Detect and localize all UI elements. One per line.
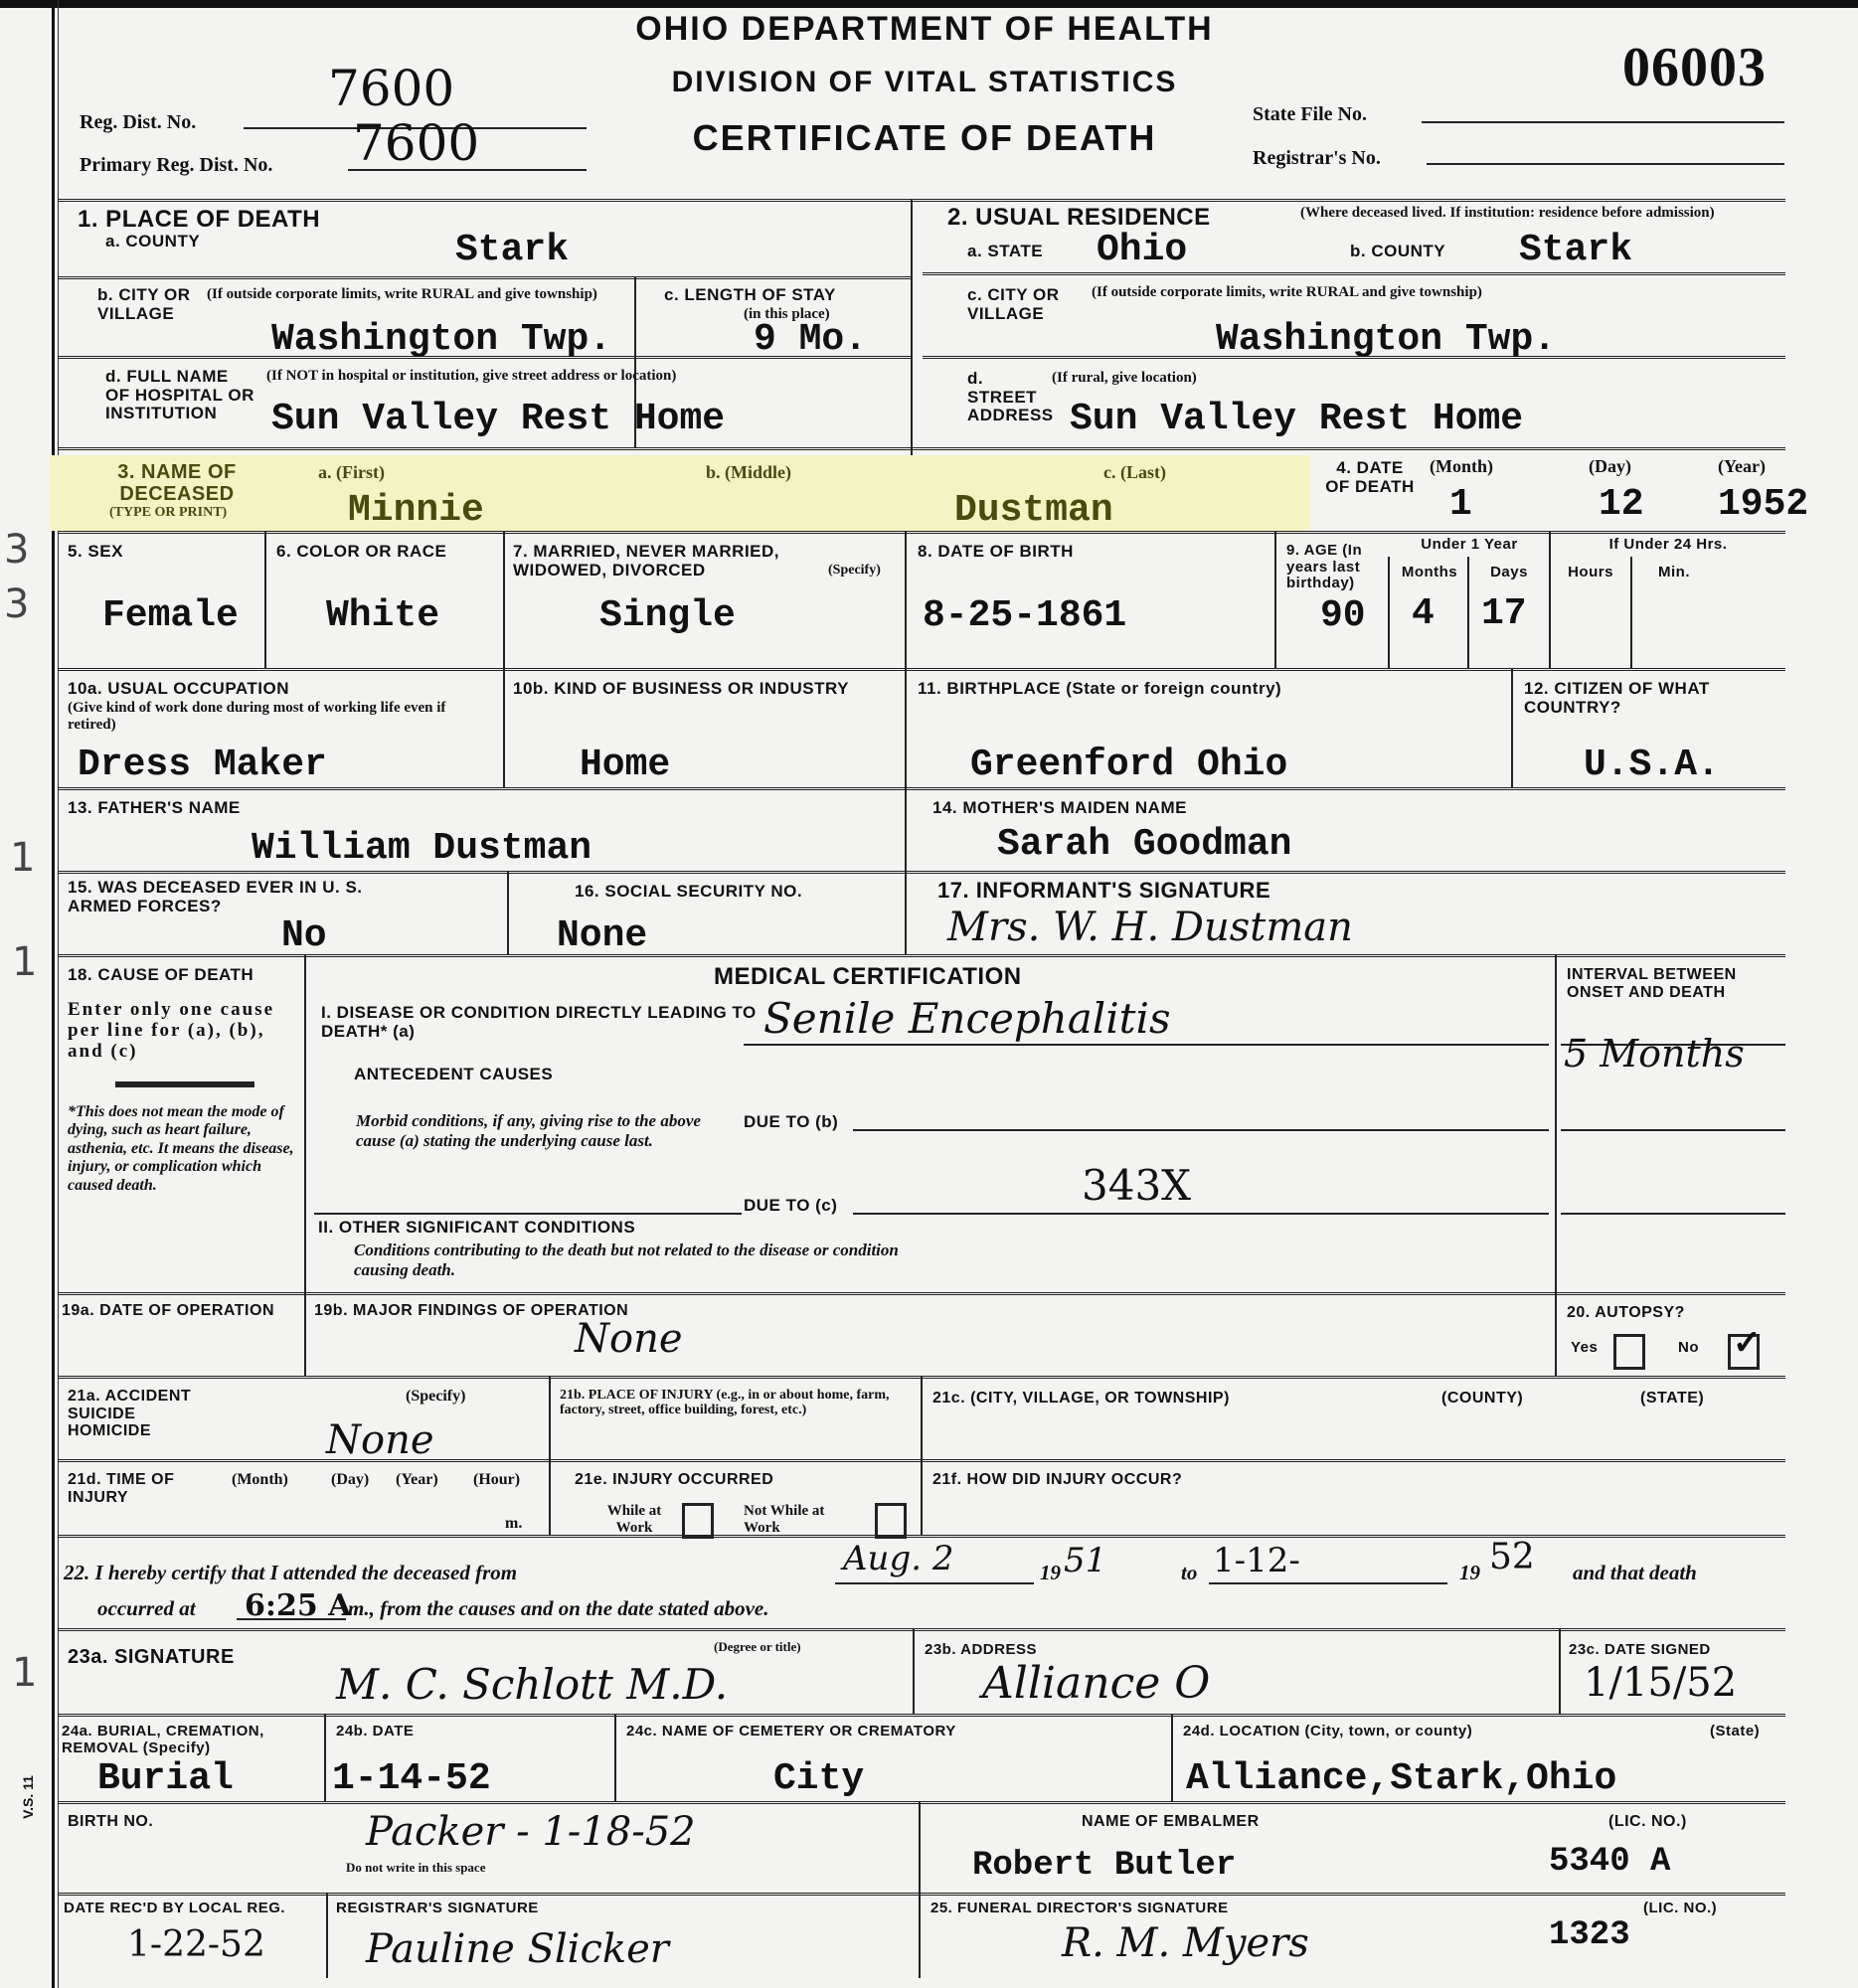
dob-value: 8-25-1861 xyxy=(923,594,1126,637)
sex-value: Female xyxy=(102,594,239,637)
registrars-no-line xyxy=(1427,163,1784,165)
citizenship-value: U.S.A. xyxy=(1584,744,1720,786)
ssn-label: 16. SOCIAL SECURITY NO. xyxy=(575,883,802,902)
registrar-signature-label: REGISTRAR'S SIGNATURE xyxy=(336,1901,539,1917)
date-received-value: 1-22-52 xyxy=(127,1924,265,1965)
how-injury-occurred-label: 21f. HOW DID INJURY OCCUR? xyxy=(932,1471,1182,1489)
burial-state-label: (State) xyxy=(1710,1724,1760,1740)
primary-reg-dist-label: Primary Reg. Dist. No. xyxy=(80,154,272,177)
ssn-value: None xyxy=(557,914,647,957)
medical-certification-title: MEDICAL CERTIFICATION xyxy=(714,964,1022,990)
death-day-value: 12 xyxy=(1599,483,1644,526)
injury-county-label: (COUNTY) xyxy=(1441,1390,1523,1408)
top-border xyxy=(0,0,1858,8)
death-time-value: 6:25 A xyxy=(245,1588,351,1623)
disposition-label: 24a. BURIAL, CREMATION, REMOVAL (Specify… xyxy=(62,1724,320,1756)
header-division: DIVISION OF VITAL STATISTICS xyxy=(477,66,1372,99)
death-day-label: (Day) xyxy=(1589,457,1631,477)
minutes-label: Min. xyxy=(1634,565,1714,581)
embalmer-lic-label: (LIC. NO.) xyxy=(1608,1813,1687,1831)
hospital-note: (If NOT in hospital or institution, give… xyxy=(266,368,903,385)
birth-no-label: BIRTH NO. xyxy=(68,1813,153,1831)
autopsy-yes-label: Yes xyxy=(1571,1340,1598,1357)
attended-to-year: 52 xyxy=(1489,1537,1535,1577)
usual-residence-title: 2. USUAL RESIDENCE xyxy=(947,205,1211,231)
marital-value: Single xyxy=(599,594,736,637)
physician-address-label: 23b. ADDRESS xyxy=(925,1642,1037,1659)
first-name-label: a. (First) xyxy=(318,463,385,483)
death-county-value: Stark xyxy=(455,229,569,271)
hospital-label: d. FULL NAME OF HOSPITAL OR INSTITUTION xyxy=(105,368,254,423)
hospital-value: Sun Valley Rest Home xyxy=(271,398,725,440)
injury-hour-label: (Hour) xyxy=(473,1471,520,1489)
birthplace-value: Greenford Ohio xyxy=(970,744,1287,786)
marital-note: (Specify) xyxy=(828,563,881,578)
birthplace-label: 11. BIRTHPLACE (State or foreign country… xyxy=(918,680,1281,699)
due-to-c-label: DUE TO (c) xyxy=(744,1197,837,1216)
residence-county-label: b. COUNTY xyxy=(1350,243,1445,261)
physician-signature-value: M. C. Schlott M.D. xyxy=(336,1660,728,1709)
injury-specify-label: (Specify) xyxy=(406,1388,465,1406)
business-value: Home xyxy=(580,744,670,786)
attended-from-year: 51 xyxy=(1064,1541,1106,1580)
antecedent-causes-label: ANTECEDENT CAUSES xyxy=(354,1066,553,1084)
reg-dist-label: Reg. Dist. No. xyxy=(80,111,196,134)
funeral-director-label: 25. FUNERAL DIRECTOR'S SIGNATURE xyxy=(930,1901,1229,1917)
injury-month-label: (Month) xyxy=(232,1471,288,1489)
disposition-value: Burial xyxy=(97,1757,234,1800)
cemetery-label: 24c. NAME OF CEMETERY OR CREMATORY xyxy=(626,1724,956,1740)
left-border xyxy=(52,0,55,1988)
injury-day-label: (Day) xyxy=(331,1471,369,1489)
father-name-value: William Dustman xyxy=(252,827,591,870)
armed-forces-value: No xyxy=(281,914,327,957)
primary-reg-dist-value: 7600 xyxy=(353,114,479,172)
registrar-signature-value: Pauline Slicker xyxy=(366,1926,669,1972)
deceased-name-highlight: 3. NAME OF DECEASED (TYPE OR PRINT) a. (… xyxy=(50,455,1310,531)
place-of-death-title: 1. PLACE OF DEATH xyxy=(78,207,320,233)
reg-dist-value: 7600 xyxy=(328,60,454,117)
injury-type-value: None xyxy=(326,1417,434,1463)
occupation-value: Dress Maker xyxy=(78,744,327,786)
to-label: to xyxy=(1181,1561,1197,1584)
death-county-label: a. COUNTY xyxy=(105,233,200,251)
embalmer-lic-value: 5340 A xyxy=(1549,1843,1670,1881)
deceased-name-label: 3. NAME OF DECEASED xyxy=(58,461,296,505)
months-label: Months xyxy=(1392,565,1467,581)
not-while-at-work-label: Not While at Work xyxy=(744,1503,843,1536)
under-one-year-label: Under 1 Year xyxy=(1392,537,1547,554)
first-name-value: Minnie xyxy=(348,489,484,532)
margin-note: 1 xyxy=(12,939,37,985)
informant-signature-value: Mrs. W. H. Dustman xyxy=(947,905,1353,950)
physician-signature-label: 23a. SIGNATURE xyxy=(68,1646,235,1668)
interval-value: 5 Months xyxy=(1564,1032,1745,1076)
occupation-note: (Give kind of work done during most of w… xyxy=(68,700,495,733)
other-conditions-note: Conditions contributing to the death but… xyxy=(354,1241,911,1279)
dob-label: 8. DATE OF BIRTH xyxy=(918,543,1074,562)
divider xyxy=(115,1081,254,1087)
residence-state-value: Ohio xyxy=(1097,229,1187,271)
length-of-stay-value: 9 Mo. xyxy=(754,318,867,361)
residence-street-note: (If rural, give location) xyxy=(1052,370,1197,387)
cause-instruction: Enter only one cause per line for (a), (… xyxy=(68,1000,296,1063)
autopsy-no-label: No xyxy=(1678,1340,1699,1357)
physician-address-value: Alliance O xyxy=(982,1658,1210,1709)
autopsy-no-checkbox[interactable]: ✓ xyxy=(1728,1334,1760,1370)
middle-name-label: b. (Middle) xyxy=(706,463,791,483)
injury-time-label: 21d. TIME OF INJURY xyxy=(68,1471,197,1506)
funeral-lic-value: 1323 xyxy=(1549,1916,1630,1954)
while-at-work-label: While at Work xyxy=(594,1503,674,1536)
registrars-no-label: Registrar's No. xyxy=(1253,147,1381,170)
race-label: 6. COLOR OR RACE xyxy=(276,543,446,562)
residence-county-value: Stark xyxy=(1519,229,1632,271)
race-value: White xyxy=(326,594,439,637)
length-of-stay-label: c. LENGTH OF STAY xyxy=(664,286,836,305)
residence-street-label: d. STREET ADDRESS xyxy=(967,370,1047,425)
death-city-note: (If outside corporate limits, write RURA… xyxy=(207,286,624,303)
funeral-lic-label: (LIC. NO.) xyxy=(1643,1901,1717,1917)
margin-note: 1 xyxy=(12,1650,37,1696)
attended-to-date: 1-12- xyxy=(1213,1541,1300,1580)
date-signed-value: 1/15/52 xyxy=(1584,1660,1737,1706)
header-certificate-title: CERTIFICATE OF DEATH xyxy=(477,117,1372,159)
attended-from-date: Aug. 2 xyxy=(843,1539,953,1578)
last-name-label: c. (Last) xyxy=(1103,463,1166,483)
age-label: 9. AGE (In years last birthday) xyxy=(1286,543,1386,592)
due-to-c-value: 343X xyxy=(1082,1161,1191,1210)
funeral-director-signature: R. M. Myers xyxy=(1062,1920,1309,1966)
date-of-death-label: 4. DATE OF DEATH xyxy=(1325,459,1415,496)
disease-value: Senile Encephalitis xyxy=(763,994,1171,1043)
injury-year-label: (Year) xyxy=(396,1471,438,1489)
injury-location-label: 21c. (CITY, VILLAGE, OR TOWNSHIP) xyxy=(932,1390,1230,1408)
residence-state-label: a. STATE xyxy=(967,243,1043,261)
certify-text: 22. I hereby certify that I attended the… xyxy=(64,1561,517,1584)
deceased-name-note: (TYPE OR PRINT) xyxy=(109,505,227,520)
burial-location-value: Alliance,Stark,Ohio xyxy=(1186,1757,1616,1800)
business-label: 10b. KIND OF BUSINESS OR INDUSTRY xyxy=(513,680,891,699)
date-received-label: DATE REC'D BY LOCAL REG. xyxy=(64,1901,322,1917)
from-year-prefix: 19 xyxy=(1040,1561,1061,1584)
embalmer-label: NAME OF EMBALMER xyxy=(1082,1813,1260,1831)
disease-label: I. DISEASE OR CONDITION DIRECTLY LEADING… xyxy=(321,1004,759,1041)
autopsy-yes-checkbox[interactable] xyxy=(1613,1334,1645,1370)
age-value: 90 xyxy=(1320,594,1366,637)
father-name-label: 13. FATHER'S NAME xyxy=(68,799,241,818)
do-not-write-note: Do not write in this space xyxy=(346,1861,485,1875)
other-conditions-label: II. OTHER SIGNIFICANT CONDITIONS xyxy=(318,1219,635,1238)
residence-city-value: Washington Twp. xyxy=(1216,318,1556,361)
death-city-value: Washington Twp. xyxy=(271,318,611,361)
not-while-at-work-checkbox[interactable] xyxy=(875,1503,907,1539)
citizenship-label: 12. CITIZEN OF WHAT COUNTRY? xyxy=(1524,680,1773,717)
burial-date-label: 24b. DATE xyxy=(336,1724,414,1740)
death-year-label: (Year) xyxy=(1718,457,1766,477)
birth-no-note: Packer - 1-18-52 xyxy=(366,1809,696,1855)
residence-city-label: c. CITY OR VILLAGE xyxy=(967,286,1067,323)
occurred-at-label: occurred at xyxy=(97,1596,196,1620)
last-name-value: Dustman xyxy=(954,489,1113,532)
days-value: 17 xyxy=(1481,592,1527,635)
death-certificate-form: 3. NAME OF DECEASED (TYPE OR PRINT) a. (… xyxy=(58,199,1785,1978)
certify-text-3: m., from the causes and on the date stat… xyxy=(348,1596,769,1620)
cause-footnote: *This does not mean the mode of dying, s… xyxy=(68,1103,298,1195)
occupation-label: 10a. USUAL OCCUPATION xyxy=(68,680,289,699)
to-year-prefix: 19 xyxy=(1459,1561,1480,1584)
operation-date-label: 19a. DATE OF OPERATION xyxy=(62,1302,300,1320)
margin-note: 1 xyxy=(10,835,35,881)
margin-note: 3 xyxy=(4,581,29,627)
state-file-number: 06003 xyxy=(1622,36,1767,99)
injury-place-label: 21b. PLACE OF INJURY (e.g., in or about … xyxy=(560,1388,913,1418)
state-file-label: State File No. xyxy=(1253,103,1367,126)
embalmer-value: Robert Butler xyxy=(972,1847,1236,1885)
usual-residence-note: (Where deceased lived. If institution: r… xyxy=(1300,205,1777,222)
injury-type-label: 21a. ACCIDENT SUICIDE HOMICIDE xyxy=(68,1388,217,1440)
burial-date-value: 1-14-52 xyxy=(332,1757,491,1800)
degree-title-label: (Degree or title) xyxy=(714,1640,801,1654)
informant-signature-label: 17. INFORMANT'S SIGNATURE xyxy=(937,879,1270,903)
morbid-note: Morbid conditions, if any, giving rise t… xyxy=(356,1111,734,1150)
death-city-label: b. CITY OR VILLAGE xyxy=(97,286,197,323)
marital-label: 7. MARRIED, NEVER MARRIED, WIDOWED, DIVO… xyxy=(513,543,841,580)
state-file-line xyxy=(1422,121,1784,123)
checkmark-icon: ✓ xyxy=(1733,1323,1762,1363)
under-24-hrs-label: If Under 24 Hrs. xyxy=(1551,537,1785,554)
cemetery-value: City xyxy=(773,1757,864,1800)
residence-city-note: (If outside corporate limits, write RURA… xyxy=(1092,284,1777,301)
death-year-value: 1952 xyxy=(1718,483,1808,526)
injury-m-label: m. xyxy=(505,1515,522,1533)
mother-name-label: 14. MOTHER'S MAIDEN NAME xyxy=(932,799,1187,818)
injury-occurred-label: 21e. INJURY OCCURRED xyxy=(575,1471,773,1489)
cause-of-death-label: 18. CAUSE OF DEATH xyxy=(68,966,253,985)
sex-label: 5. SEX xyxy=(68,543,123,562)
days-label: Days xyxy=(1471,565,1547,581)
mother-name-value: Sarah Goodman xyxy=(997,823,1291,866)
residence-street-value: Sun Valley Rest Home xyxy=(1070,398,1523,440)
operation-findings-value: None xyxy=(575,1316,683,1362)
while-at-work-checkbox[interactable] xyxy=(682,1503,714,1539)
certify-text-2: and that death xyxy=(1573,1561,1697,1584)
months-value: 4 xyxy=(1412,592,1435,635)
form-code: V.S. 11 xyxy=(20,1775,36,1819)
burial-location-label: 24d. LOCATION (City, town, or county) xyxy=(1183,1724,1472,1740)
due-to-b-label: DUE TO (b) xyxy=(744,1113,838,1132)
death-month-value: 1 xyxy=(1449,483,1472,526)
interval-label: INTERVAL BETWEEN ONSET AND DEATH xyxy=(1567,966,1775,1001)
margin-note: 3 xyxy=(4,527,29,573)
header-department: OHIO DEPARTMENT OF HEALTH xyxy=(477,10,1372,49)
hours-label: Hours xyxy=(1551,565,1630,581)
injury-state-label: (STATE) xyxy=(1640,1390,1704,1408)
armed-forces-label: 15. WAS DECEASED EVER IN U. S. ARMED FOR… xyxy=(68,879,386,915)
date-signed-label: 23c. DATE SIGNED xyxy=(1569,1642,1711,1659)
death-month-label: (Month) xyxy=(1430,457,1493,477)
autopsy-label: 20. AUTOPSY? xyxy=(1567,1304,1685,1322)
